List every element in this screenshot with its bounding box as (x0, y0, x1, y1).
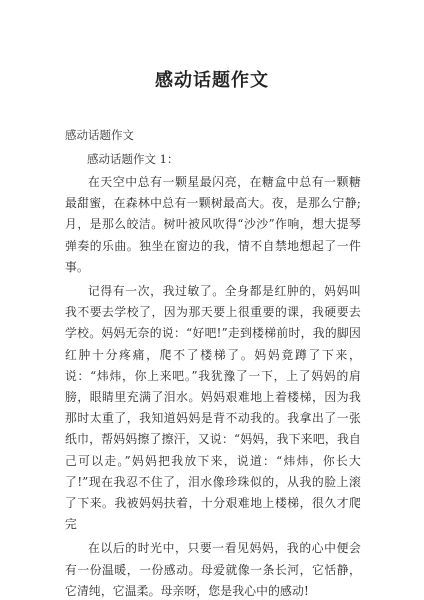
document-title: 感动话题作文 (0, 66, 424, 92)
document-subtitle: 感动话题作文 (65, 125, 361, 146)
paragraph-3: 在以后的时光中，只要一看见妈妈，我的心中便会有一份温暖，一份感动。母爱就像一条长… (65, 538, 361, 600)
document-body: 感动话题作文 感动话题作文 1： 在天空中总有一颗星最闪亮，在糖盒中总有一颗糖最… (65, 125, 361, 600)
paragraph-1: 在天空中总有一颗星最闪亮，在糖盒中总有一颗糖最甜蜜，在森林中总有一颗树最高大。夜… (65, 172, 361, 278)
document-page: 感动话题作文 感动话题作文 感动话题作文 1： 在天空中总有一颗星最闪亮，在糖盒… (0, 0, 424, 600)
paragraph-2: 记得有一次，我过敏了。全身都是红肿的，妈妈叫我不要去学校了，因为那天要上很重要的… (65, 281, 361, 535)
section-heading: 感动话题作文 1： (65, 149, 361, 170)
